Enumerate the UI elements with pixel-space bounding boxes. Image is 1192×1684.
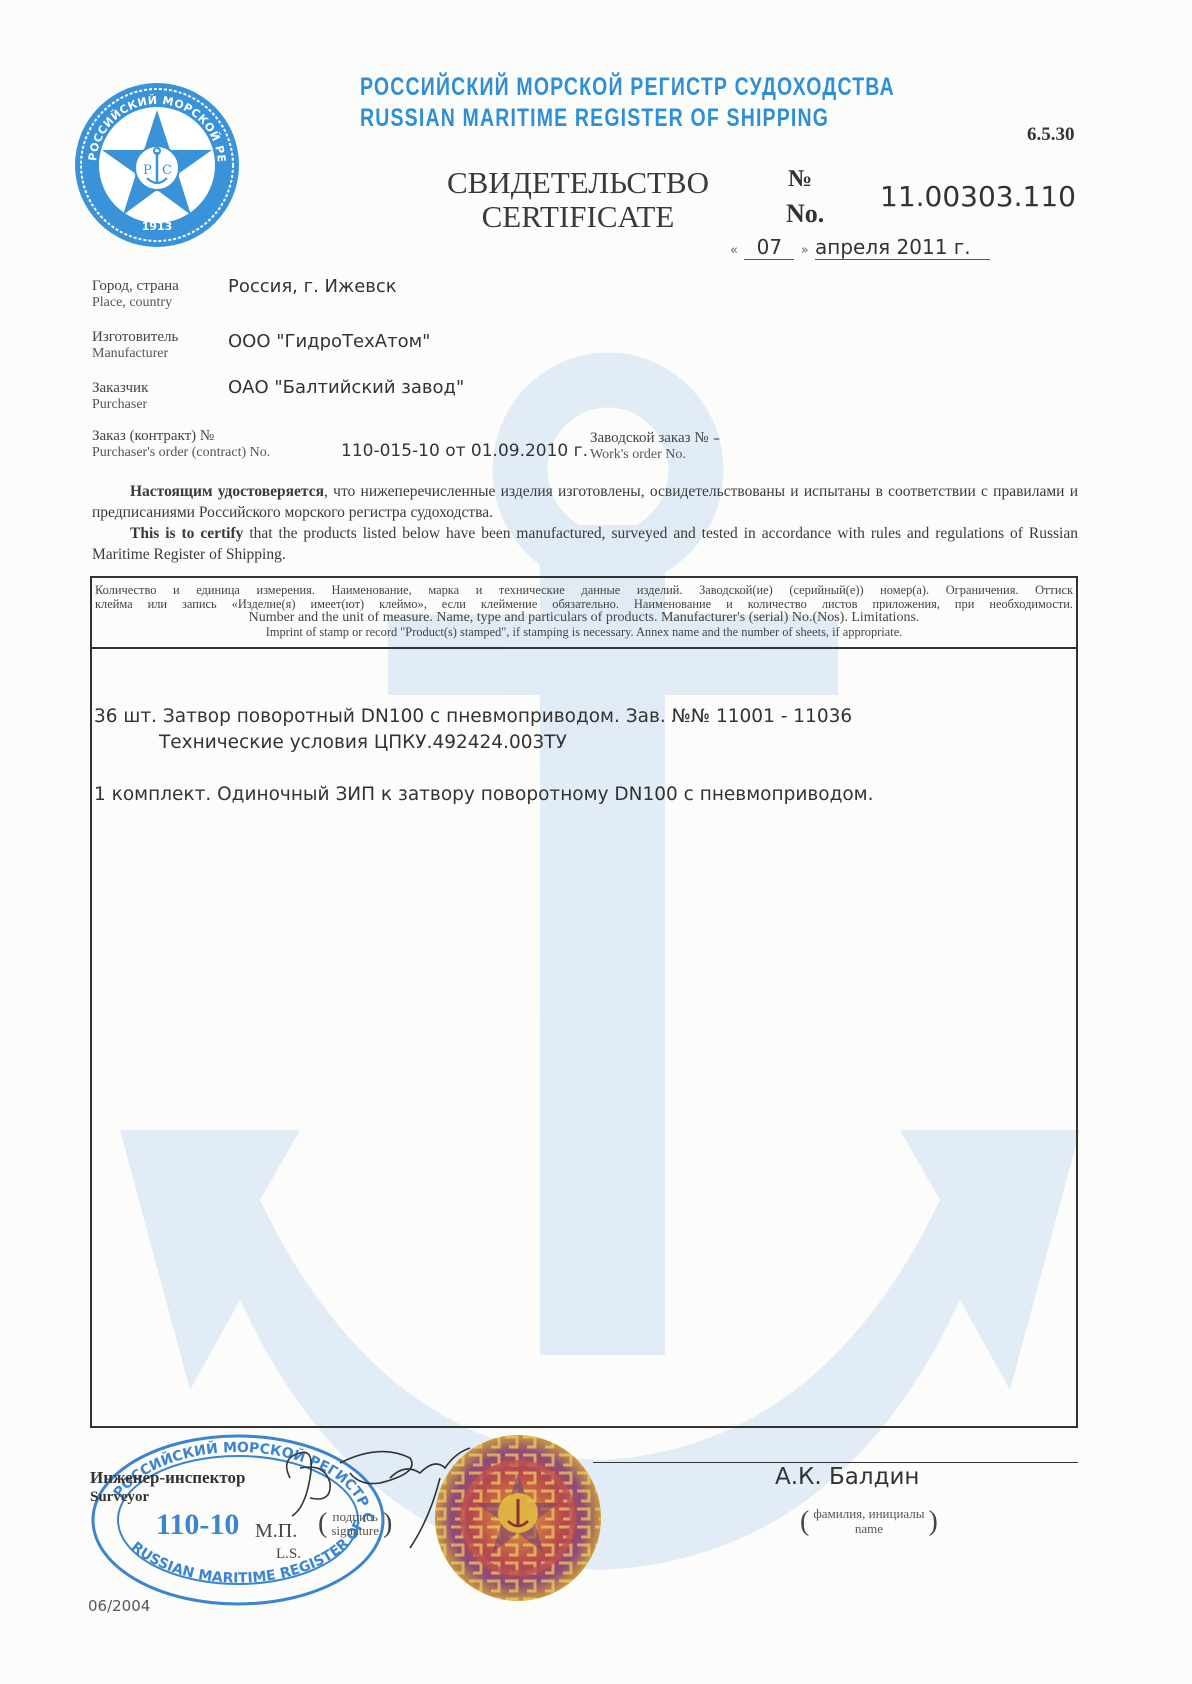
works-order-label-en: Work's order No.	[590, 447, 709, 463]
name-caption-ru: фамилия, инициалы	[813, 1506, 924, 1521]
order-label-ru: Заказ (контракт) №	[92, 428, 270, 445]
signature-caption: ( подпись signature )	[318, 1510, 392, 1538]
manufacturer-value: ООО "ГидроТехАтом"	[228, 331, 430, 352]
svg-text:1913: 1913	[142, 220, 173, 233]
date-day: 07	[744, 235, 794, 260]
stamp-number: 110-10	[156, 1508, 239, 1542]
product-item-1-line-2: Технические условия ЦПКУ.492424.003ТУ	[159, 732, 567, 753]
certificate-date: « 07 » апреля 2011 г.	[730, 235, 990, 260]
signature-line	[593, 1462, 1078, 1463]
form-code: 6.5.30	[1027, 124, 1075, 146]
purchaser-label-ru: Заказчик	[92, 380, 148, 397]
hologram-seal-icon	[433, 1433, 603, 1603]
form-edition-date: 06/2004	[88, 1597, 150, 1615]
signature-caption-en: signature	[331, 1524, 379, 1538]
header-ru-line-1: Количество и единица измерения. Наименов…	[95, 583, 1073, 597]
products-table: Количество и единица измерения. Наименов…	[90, 576, 1078, 1428]
product-item-2-line-1: 1 комплект. Одиночный ЗИП к затвору пово…	[94, 784, 874, 805]
document-title-en: CERTIFICATE	[428, 199, 728, 235]
surveyor-name: А.К. Балдин	[775, 1464, 919, 1490]
product-item-1-line-1: 36 шт. Затвор поворотный DN100 с пневмоп…	[94, 706, 852, 727]
surveyor-label-en: Surveyor	[90, 1489, 149, 1506]
name-caption: ( фамилия, инициалы name )	[800, 1506, 938, 1536]
works-order-label-ru: Заводской заказ №	[590, 430, 709, 447]
purchaser-value: ОАО "Балтийский завод"	[228, 377, 464, 398]
document-title-ru: СВИДЕТЕЛЬСТВО	[428, 165, 728, 201]
place-value: Россия, г. Ижевск	[228, 276, 397, 297]
date-month-year: апреля 2011 г.	[815, 235, 990, 260]
number-label-en: No.	[786, 199, 824, 229]
name-caption-en: name	[813, 1521, 924, 1536]
certification-statement: Настоящим удостоверяется, что нижеперечи…	[92, 481, 1078, 565]
field-works-order: Заводской заказ № Work's order No.	[590, 430, 709, 463]
header-ru-line-2: клейма или запись «Изделие(я) имеет(ют) …	[95, 597, 1073, 611]
works-order-value: –	[713, 431, 720, 447]
order-label-en: Purchaser's order (contract) No.	[92, 445, 270, 461]
field-purchaser: Заказчик Purchaser	[92, 380, 148, 413]
place-label-en: Place, country	[92, 295, 179, 311]
paren-open: (	[318, 1517, 327, 1531]
order-value: 110-015-10 от 01.09.2010 г.	[341, 441, 588, 461]
certificate-number: 11.00303.110	[880, 180, 1076, 213]
header-en-line-2: Imprint of stamp or record "Product(s) s…	[95, 625, 1073, 639]
organization-name-en: RUSSIAN MARITIME REGISTER OF SHIPPING	[360, 104, 828, 133]
field-order: Заказ (контракт) № Purchaser's order (co…	[92, 428, 270, 461]
manufacturer-label-ru: Изготовитель	[92, 329, 178, 346]
field-manufacturer: Изготовитель Manufacturer	[92, 329, 178, 362]
svg-text:С: С	[162, 163, 172, 178]
ls-label-ru: М.П.	[255, 1520, 297, 1543]
products-table-header: Количество и единица измерения. Наименов…	[92, 578, 1076, 649]
certification-en-bold: This is to certify	[130, 525, 243, 542]
paren-close: )	[383, 1517, 392, 1531]
field-place: Город, страна Place, country	[92, 278, 179, 311]
organization-name-ru: РОССИЙСКИЙ МОРСКОЙ РЕГИСТР СУДОХОДСТВА	[360, 73, 828, 102]
svg-text:Р: Р	[143, 163, 152, 178]
paren-open: (	[800, 1514, 809, 1529]
date-open-quote: «	[730, 243, 738, 258]
surveyor-label-ru: Инженер-инспектор	[90, 1468, 245, 1488]
certification-ru: Настоящим удостоверяется, что нижеперечи…	[92, 481, 1078, 523]
manufacturer-label-en: Manufacturer	[92, 346, 178, 362]
purchaser-label-en: Purchaser	[92, 397, 148, 413]
ls-label-en: L.S.	[276, 1546, 301, 1563]
header-en-line-1: Number and the unit of measure. Name, ty…	[95, 611, 1073, 625]
signature-caption-ru: подпись	[331, 1510, 379, 1524]
date-close-quote: »	[801, 243, 809, 258]
rs-logo-icon: Р С РОССИЙСКИЙ МОРСКОЙ РЕГИСТР СУДОХОДСТ…	[72, 80, 242, 250]
paren-close: )	[929, 1514, 938, 1529]
number-label-ru: №	[788, 166, 812, 193]
place-label-ru: Город, страна	[92, 278, 179, 295]
certification-ru-bold: Настоящим удостоверяется	[130, 483, 324, 500]
certification-en: This is to certify that the products lis…	[92, 523, 1078, 565]
